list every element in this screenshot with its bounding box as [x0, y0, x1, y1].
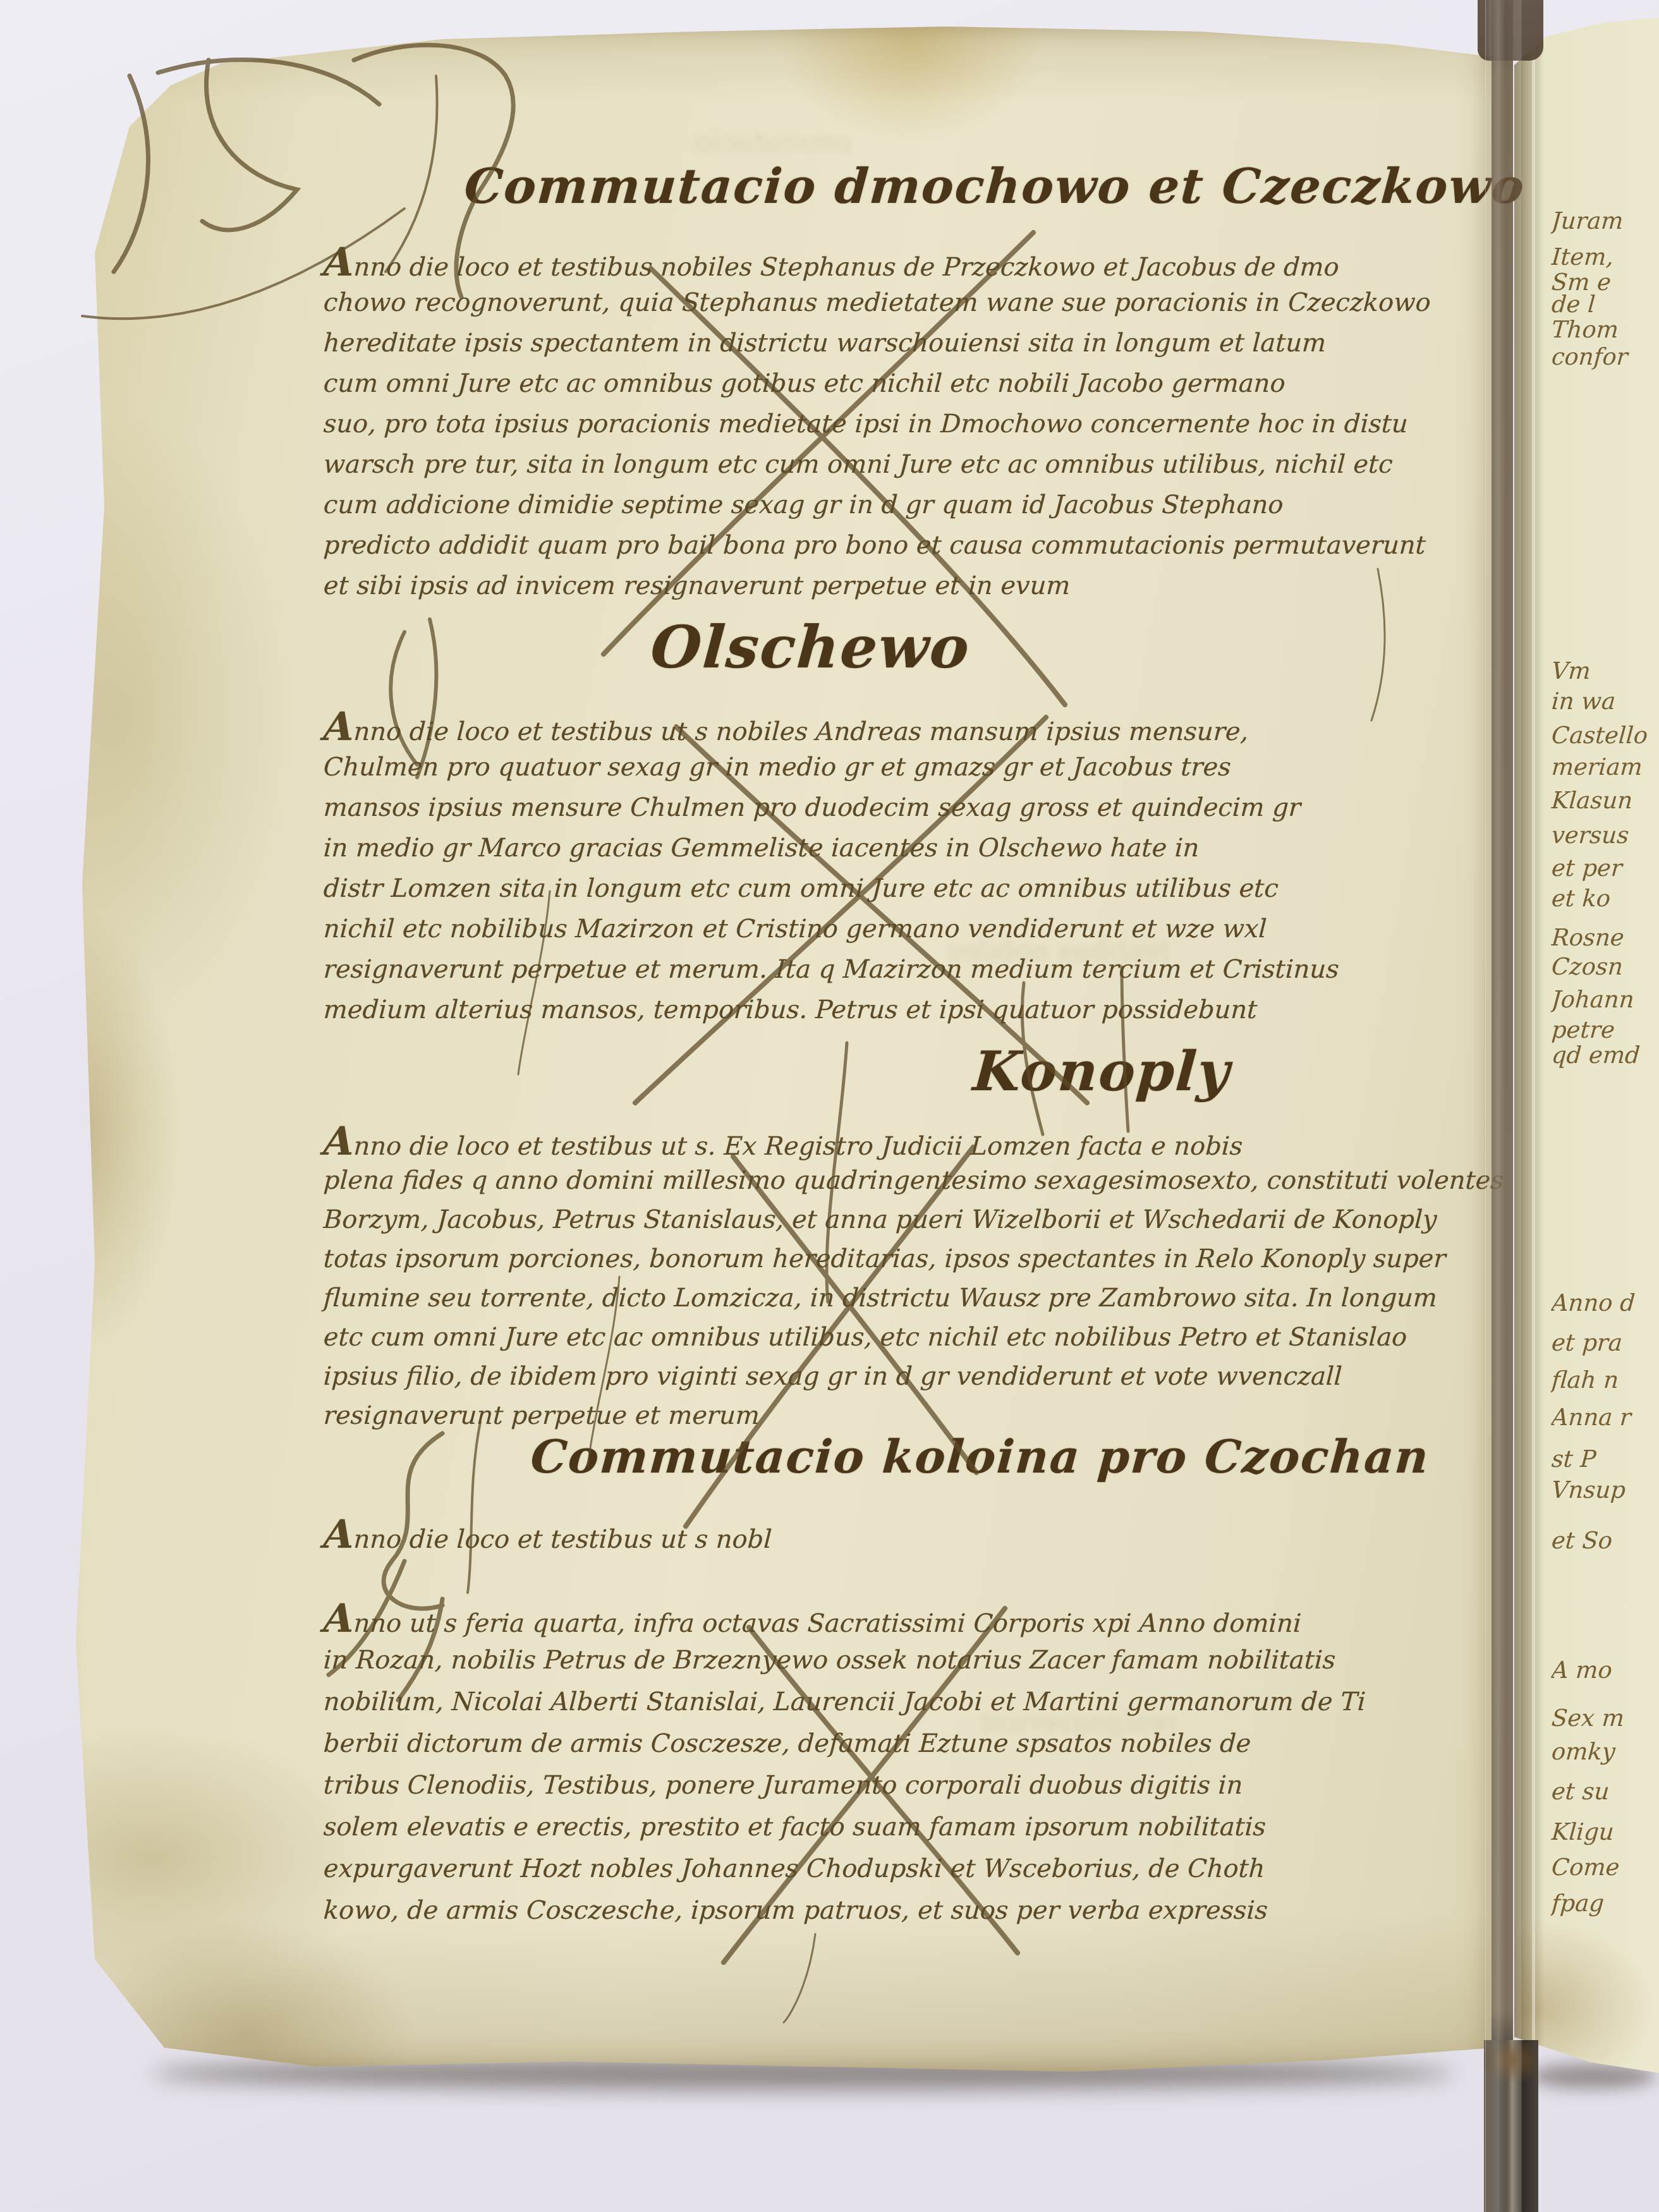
right-page-text-fragment: et pra [1550, 1329, 1659, 1356]
manuscript-text-line: Anno die loco et testibus ut s. Ex Regis… [322, 1122, 1373, 1161]
manuscript-text-line: resignaverunt perpetue et merum [322, 1396, 1373, 1435]
manuscript-text-line: Borzym, Jacobus, Petrus Stanislaus, et a… [322, 1200, 1373, 1239]
right-page-text-fragment: Johann [1550, 986, 1659, 1013]
manuscript-text-line: Anno die loco et testibus ut s nobiles A… [322, 707, 1373, 747]
right-page-text-fragment: qd emd [1550, 1042, 1659, 1069]
book-spine-top-edge [1478, 0, 1543, 61]
manuscript-text-line: mansos ipsius mensure Chulmen pro duodec… [322, 787, 1373, 828]
paragraph-commutacio-dmochowo: Anno die loco et testibus nobiles Stepha… [324, 242, 1373, 606]
manuscript-text-line: Anno die loco et testibus nobiles Stepha… [322, 242, 1373, 283]
manuscript-text-line: medium alterius mansos, temporibus. Petr… [322, 990, 1373, 1030]
manuscript-text-line: chowo recognoverunt, quia Stephanus medi… [322, 283, 1373, 323]
right-page-text-fragment: Item, [1550, 243, 1659, 270]
manuscript-text-line: Chulmen pro quatuor sexag gr in medio gr… [322, 747, 1373, 787]
manuscript-text-line: resignaverunt perpetue et merum. Ita q M… [322, 949, 1373, 990]
manuscript-text-line: et sibi ipsis ad invicem resignaverunt p… [322, 566, 1373, 606]
manuscript-text-line: in medio gr Marco gracias Gemmeliste iac… [322, 828, 1373, 868]
right-page-text-fragment: de l [1550, 291, 1659, 318]
manuscript-text-line: solem elevatis e erectis, prestito et fa… [322, 1806, 1373, 1848]
manuscript-text-line: cum omni Jure etc ac omnibus gotibus etc… [322, 363, 1373, 404]
metal-clamp-leather-patch [1484, 2040, 1538, 2091]
manuscript-text-line: cum addicione dimidie septime sexag gr i… [322, 485, 1373, 525]
right-page-text-fragment: confor [1550, 343, 1659, 370]
manuscript-text-line: hereditate ipsis spectantem in districtu… [322, 323, 1373, 363]
manuscript-text-line: distr Lomzen sita in longum etc cum omni… [322, 868, 1373, 909]
right-page-text-fragment: versus [1550, 822, 1659, 849]
manuscript-text-line: expurgaverunt Hozt nobles Johannes Chodu… [322, 1848, 1373, 1890]
manuscript-text-line: flumine seu torrente, dicto Lomzicza, in… [322, 1279, 1373, 1318]
show-through-text: ommutacio [695, 126, 851, 159]
manuscript-text-line: nichil etc nobilibus Mazirzon et Cristin… [322, 909, 1373, 949]
right-page-text-fragment: in wa [1550, 688, 1659, 715]
right-page-text-fragment: et per [1550, 854, 1659, 882]
manuscript-text-line: tribus Clenodiis, Testibus, ponere Juram… [322, 1765, 1373, 1806]
section-heading-olschewo: Olschewo [648, 613, 972, 681]
right-page-text-fragment: Anno d [1550, 1289, 1659, 1316]
manuscript-text-line: ipsius filio, de ibidem pro viginti sexa… [322, 1357, 1373, 1396]
right-page-text-fragment: petre [1550, 1016, 1659, 1043]
right-page-text-fragment: Thom [1550, 316, 1659, 343]
right-page-text-fragment: Kligu [1550, 1818, 1659, 1845]
right-page-text-fragment: flah n [1550, 1366, 1659, 1394]
manuscript-text-line: kowo, de armis Cosczesche, ipsorum patru… [322, 1890, 1373, 1931]
section-heading-commutacio-koloina: Commutacio koloina pro Czochan [529, 1430, 1431, 1483]
manuscript-text-line: Anno ut s feria quarta, infra octavas Sa… [322, 1598, 1373, 1639]
right-page-text-fragment: Castello [1550, 722, 1659, 749]
right-page-text-fragment: Juram [1550, 207, 1659, 234]
section-heading-commutacio-dmochowo: Commutacio dmochowo et Czeczkowo [463, 158, 1527, 214]
right-page-text-fragment: et ko [1550, 885, 1659, 912]
right-page-text-fragment: Anna r [1550, 1404, 1659, 1431]
manuscript-text-line: Anno die loco et testibus ut s nobl [322, 1514, 1373, 1555]
manuscript-photo-stage: ommutacio testibus nobiles resignaverunt… [0, 0, 1659, 2212]
right-page-text-fragment: Vnsup [1550, 1476, 1659, 1504]
paragraph-expurgation-entry: Anno ut s feria quarta, infra octavas Sa… [324, 1598, 1373, 1931]
manuscript-text-line: predicto addidit quam pro bail bona pro … [322, 525, 1373, 566]
right-page-text-fragment: Czosn [1550, 953, 1659, 980]
manuscript-text-line: plena fides q anno domini millesimo quad… [322, 1161, 1373, 1200]
manuscript-text-line: totas ipsorum porciones, bonorum heredit… [322, 1239, 1373, 1279]
right-page-text-fragment: Klasun [1550, 787, 1659, 814]
right-page-text-fragment: omky [1550, 1738, 1659, 1765]
manuscript-text-line: warsch pre tur, sita in longum etc cum o… [322, 444, 1373, 485]
manuscript-text-line: nobilium, Nicolai Alberti Stanislai, Lau… [322, 1681, 1373, 1723]
section-heading-konoply: Konoply [971, 1040, 1232, 1103]
manuscript-text-line: suo, pro tota ipsius poracionis medietat… [322, 404, 1373, 444]
manuscript-text-line: in Rozan, nobilis Petrus de Brzeznyewo o… [322, 1639, 1373, 1681]
right-page-text-fragment: fpag [1550, 1890, 1659, 1917]
paragraph-olschewo: Anno die loco et testibus ut s nobiles A… [324, 707, 1373, 1030]
right-page-text-fragment: Sex m [1550, 1705, 1659, 1732]
right-page-text-fragment: A mo [1550, 1656, 1659, 1684]
right-page-text-fragment: Vm [1550, 657, 1659, 684]
paragraph-commutacio-koloina: Anno die loco et testibus ut s nobl [324, 1514, 1373, 1555]
manuscript-text-line: berbii dictorum de armis Cosczesze, defa… [322, 1723, 1373, 1765]
paragraph-konoply: Anno die loco et testibus ut s. Ex Regis… [324, 1122, 1373, 1435]
book-spine-gap [1492, 0, 1513, 2212]
right-page-text-fragment: et su [1550, 1778, 1659, 1805]
right-page-fold-highlight [1532, 43, 1535, 2054]
right-page-text-fragment: Come [1550, 1854, 1659, 1881]
right-page-text-fragment: st P [1550, 1445, 1659, 1473]
right-page-text-fragment: meriam [1550, 753, 1659, 781]
right-page-text-fragment: et So [1550, 1527, 1659, 1554]
manuscript-text-line: etc cum omni Jure etc ac omnibus utilibu… [322, 1318, 1373, 1357]
right-page-text-fragment: Rosne [1550, 924, 1659, 951]
